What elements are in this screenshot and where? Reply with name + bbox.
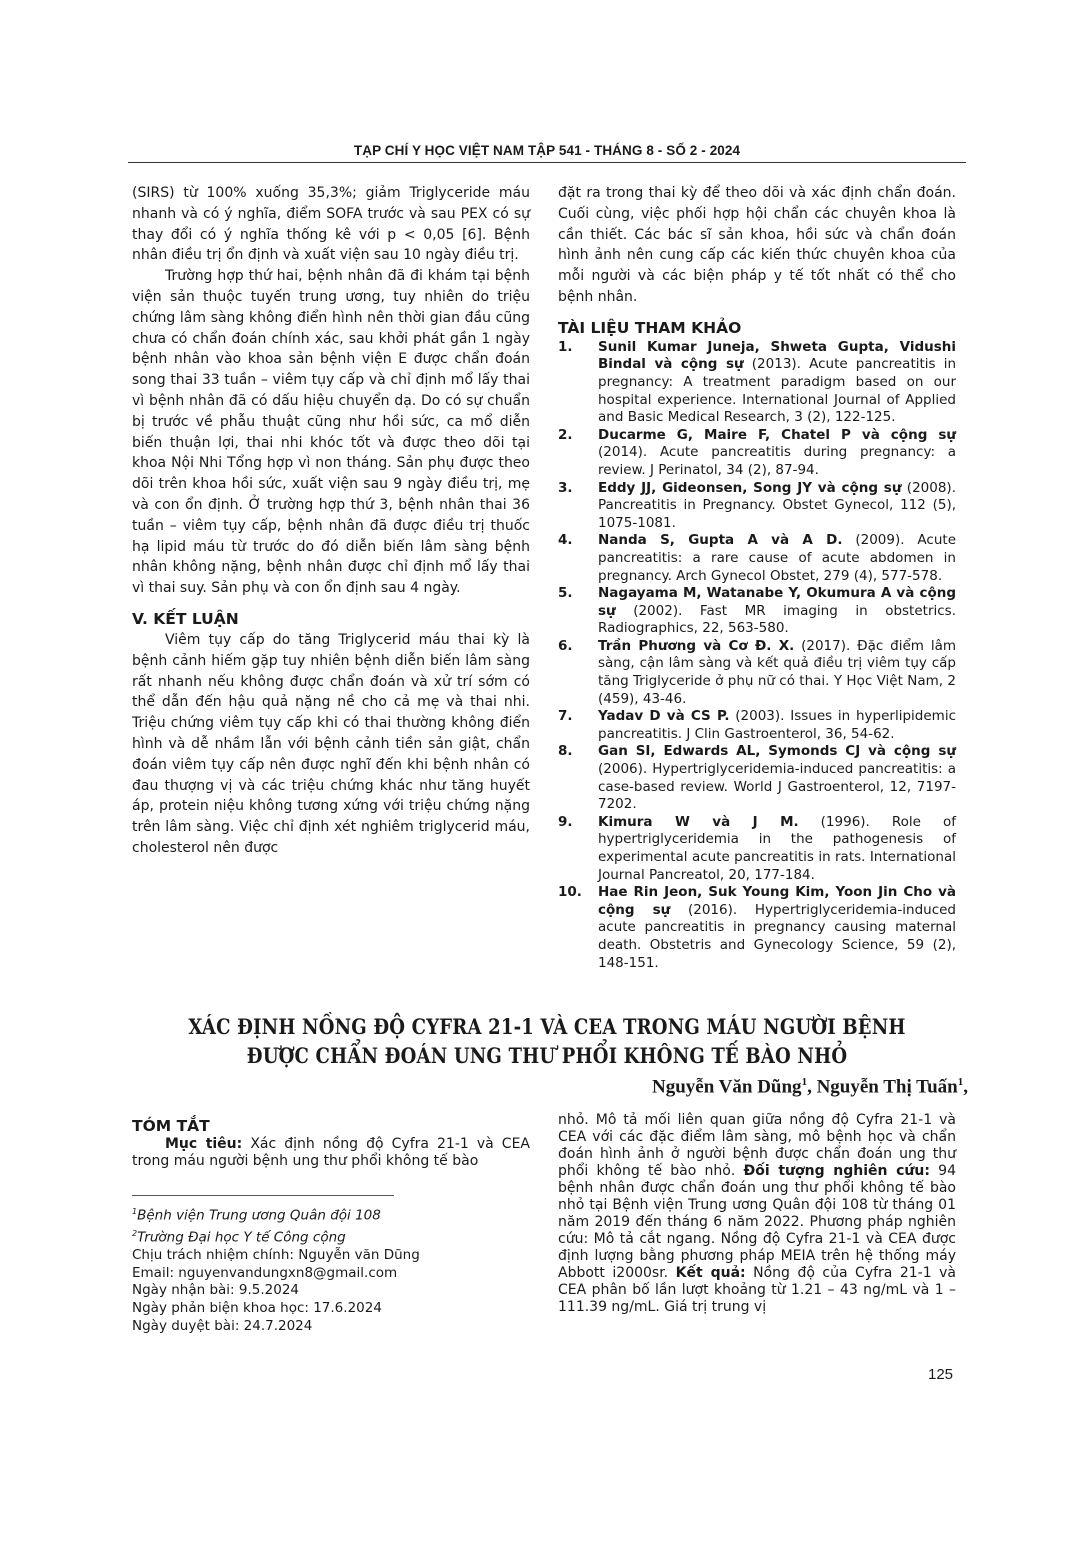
left-column: (SIRS) từ 100% xuống 35,3%; giảm Triglyc… [132, 183, 530, 859]
affiliation-text: Trường Đại học Y tế Công cộng [137, 1230, 346, 1246]
reference-number: 4. [558, 532, 598, 585]
reference-item: 3.Eddy JJ, Gideonsen, Song JY và cộng sự… [558, 480, 956, 533]
reference-number: 9. [558, 814, 598, 884]
abstract-right: nhỏ. Mô tả mối liên quan giữa nồng độ Cy… [558, 1112, 956, 1316]
reference-details: (2002). Fast MR imaging in obstetrics. R… [598, 603, 956, 637]
reference-item: 9.Kimura W và J M. (1996). Role of hyper… [558, 814, 956, 884]
article-title: XÁC ĐỊNH NỒNG ĐỘ CYFRA 21-1 VÀ CEA TRONG… [187, 1012, 908, 1070]
abstract-text: 94 bệnh nhân được chẩn đoán ung thư phổi… [558, 1163, 956, 1281]
reference-item: 7.Yadav D và CS P. (2003). Issues in hyp… [558, 708, 956, 743]
responsible-author: Chịu trách nhiệm chính: Nguyễn văn Dũng [132, 1247, 530, 1265]
reference-list: 1.Sunil Kumar Juneja, Shweta Gupta, Vidu… [558, 339, 956, 972]
abstract-heading: TÓM TẮT [132, 1116, 530, 1136]
reference-authors: Trần Phương và Cơ Đ. X. [598, 638, 794, 654]
conclusion-continued-paragraph: đặt ra trong thai kỳ để theo dõi và xác … [558, 183, 956, 308]
author-separator: , [807, 1076, 817, 1097]
author-name: Nguyễn Văn Dũng [652, 1076, 802, 1097]
affiliation-text: Bệnh viện Trung ương Quân đội 108 [137, 1208, 381, 1224]
affiliation-footnote: 2Trường Đại học Y tế Công cộng [132, 1225, 530, 1247]
reference-details: (2014). Acute pancreatitis during pregna… [598, 444, 956, 478]
date-reviewed: Ngày phản biện khoa học: 17.6.2024 [132, 1300, 530, 1318]
article-title-line: XÁC ĐỊNH NỒNG ĐỘ CYFRA 21-1 VÀ CEA TRONG… [187, 1012, 908, 1041]
reference-item: 2.Ducarme G, Maire F, Chatel P và cộng s… [558, 427, 956, 480]
reference-item: 10.Hae Rin Jeon, Suk Young Kim, Yoon Jin… [558, 884, 956, 972]
reference-item: 6.Trần Phương và Cơ Đ. X. (2017). Đặc đi… [558, 638, 956, 708]
abstract-label-objective: Mục tiêu: [165, 1136, 242, 1152]
affiliation-footnote: 1Bệnh viện Trung ương Quân đội 108 [132, 1203, 530, 1225]
body-paragraph: Trường hợp thứ hai, bệnh nhân đã đi khám… [132, 266, 530, 599]
right-column: đặt ra trong thai kỳ để theo dõi và xác … [558, 183, 956, 972]
reference-number: 10. [558, 884, 598, 972]
reference-authors: Ducarme G, Maire F, Chatel P và cộng sự [598, 427, 956, 443]
abstract-objective: Mục tiêu: Xác định nồng độ Cyfra 21-1 và… [132, 1136, 530, 1170]
footnotes: 1Bệnh viện Trung ương Quân đội 108 2Trườ… [132, 1203, 530, 1335]
reference-authors: Gan SI, Edwards AL, Symonds CJ và cộng s… [598, 743, 956, 759]
article-title-line: ĐƯỢC CHẨN ĐOÁN UNG THƯ PHỔI KHÔNG TẾ BÀO… [187, 1041, 908, 1070]
reference-number: 7. [558, 708, 598, 743]
contact-email: Email: nguyenvandungxn8@gmail.com [132, 1265, 530, 1283]
abstract-label-subjects: Đối tượng nghiên cứu: [744, 1163, 930, 1179]
reference-item: 4.Nanda S, Gupta A và A D. (2009). Acute… [558, 532, 956, 585]
body-paragraph: (SIRS) từ 100% xuống 35,3%; giảm Triglyc… [132, 183, 530, 266]
conclusion-paragraph: Viêm tụy cấp do tăng Triglycerid máu tha… [132, 630, 530, 859]
date-received: Ngày nhận bài: 9.5.2024 [132, 1282, 530, 1300]
journal-page: TẠP CHÍ Y HỌC VIỆT NAM TẬP 541 - THÁNG 8… [0, 0, 1090, 1541]
reference-number: 6. [558, 638, 598, 708]
reference-number: 5. [558, 585, 598, 638]
author-name: Nguyễn Thị Tuấn [817, 1076, 958, 1097]
header-divider [128, 162, 966, 163]
reference-number: 3. [558, 480, 598, 533]
section-heading-references: TÀI LIỆU THAM KHẢO [558, 318, 956, 338]
abstract-label-results: Kết quả: [676, 1265, 746, 1281]
reference-authors: Kimura W và J M. [598, 814, 799, 830]
reference-item: 1.Sunil Kumar Juneja, Shweta Gupta, Vidu… [558, 339, 956, 427]
footnote-divider [132, 1195, 394, 1196]
reference-details: (2006). Hypertriglyceridemia-induced pan… [598, 761, 956, 812]
reference-number: 1. [558, 339, 598, 427]
reference-item: 5.Nagayama M, Watanabe Y, Okumura A và c… [558, 585, 956, 638]
section-heading-conclusion: V. KẾT LUẬN [132, 609, 530, 629]
reference-number: 8. [558, 743, 598, 813]
running-header: TẠP CHÍ Y HỌC VIỆT NAM TẬP 541 - THÁNG 8… [128, 143, 966, 158]
abstract-continued: nhỏ. Mô tả mối liên quan giữa nồng độ Cy… [558, 1112, 956, 1316]
author-separator: , [963, 1076, 968, 1097]
reference-item: 8.Gan SI, Edwards AL, Symonds CJ và cộng… [558, 743, 956, 813]
reference-authors: Nanda S, Gupta A và A D. [598, 532, 842, 548]
author-list: Nguyễn Văn Dũng1, Nguyễn Thị Tuấn1, [652, 1076, 968, 1098]
abstract-left: TÓM TẮT Mục tiêu: Xác định nồng độ Cyfra… [132, 1116, 530, 1170]
reference-authors: Eddy JJ, Gideonsen, Song JY và cộng sự [598, 480, 901, 496]
date-accepted: Ngày duyệt bài: 24.7.2024 [132, 1318, 530, 1336]
reference-number: 2. [558, 427, 598, 480]
reference-authors: Yadav D và CS P. [598, 708, 729, 724]
page-number: 125 [928, 1366, 953, 1383]
